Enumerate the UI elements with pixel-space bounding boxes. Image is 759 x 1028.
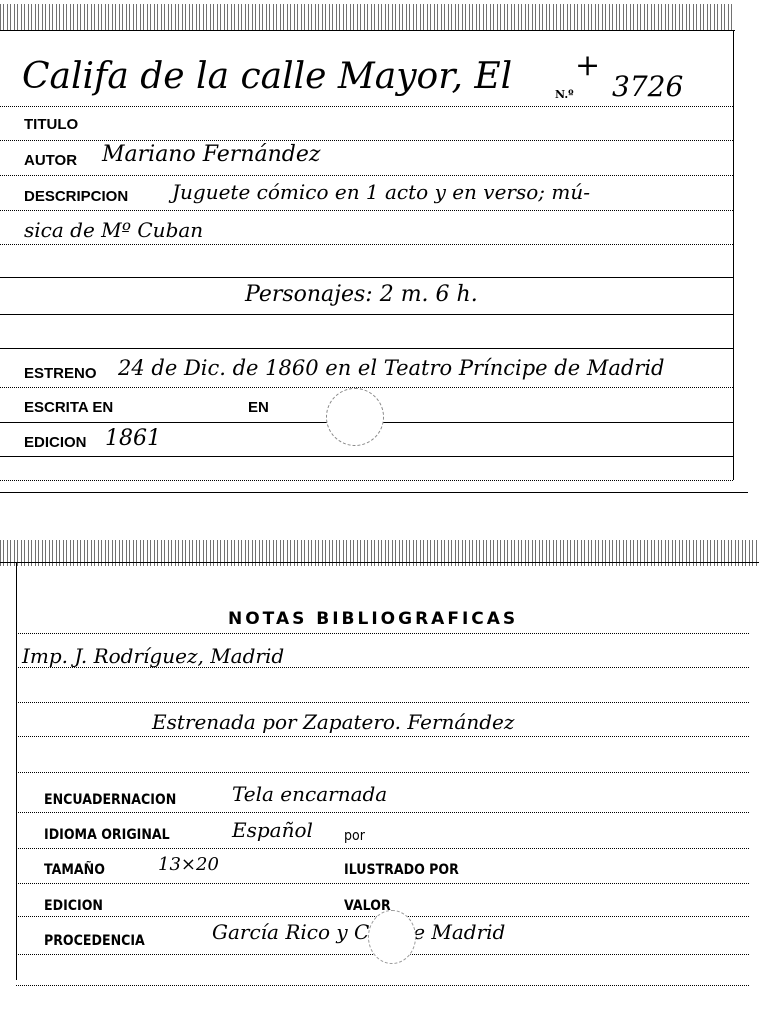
titulo-line	[0, 140, 733, 141]
encuadernacion-value: Tela encarnada	[232, 782, 387, 806]
note-1: Imp. J. Rodríguez, Madrid	[22, 644, 284, 668]
edicion-value: 1861	[105, 426, 161, 451]
estreno-line	[0, 387, 733, 388]
heading-line	[16, 633, 749, 634]
edicion-label: EDICION	[24, 434, 87, 451]
catalog-mark: +	[575, 48, 600, 83]
personajes-value: Personajes: 2 m. 6 h.	[245, 282, 478, 307]
note-blank-line-2	[16, 772, 749, 773]
card1-top-border	[0, 30, 735, 31]
autor-value: Mariano Fernández	[102, 142, 320, 167]
tamano-line	[16, 883, 749, 884]
blank-line-1	[0, 277, 733, 278]
catalog-number: 3726	[612, 70, 683, 103]
note-1-line	[16, 667, 749, 668]
encuadernacion-label: ENCUADERNACION	[44, 792, 176, 808]
idioma-original-label: IDIOMA ORIGINAL	[44, 827, 170, 843]
por-label: por	[344, 828, 365, 844]
escrita-en-label: ESCRITA EN	[24, 399, 113, 416]
card1-bottom-line	[0, 480, 733, 481]
punch-hole-mark	[326, 388, 384, 446]
punch-hole-mark-2	[368, 910, 416, 964]
note-blank-line	[16, 702, 749, 703]
scan-noise-top	[0, 4, 735, 30]
procedencia-value: García Rico y Cía. de Madrid	[212, 920, 505, 944]
idioma-line	[16, 848, 749, 849]
tamano-label: TAMAÑO	[44, 862, 105, 878]
autor-line	[0, 175, 733, 176]
personajes-line	[0, 314, 733, 315]
procedencia-label: PROCEDENCIA	[44, 933, 145, 949]
card2-bottom-line	[16, 985, 749, 986]
tamano-value: 13×20	[158, 854, 219, 875]
descripcion-line	[0, 210, 733, 211]
title-line	[0, 106, 733, 107]
title-value: Califa de la calle Mayor, El	[22, 56, 512, 97]
titulo-label: TITULO	[24, 116, 78, 133]
blank-line-2	[0, 348, 733, 349]
card2-top-border	[0, 562, 759, 563]
encuadernacion-line	[16, 812, 749, 813]
ilustrado-por-label: ILUSTRADO POR	[344, 862, 459, 878]
descripcion-line2: sica de Mº Cuban	[24, 218, 203, 242]
edicion-line	[0, 456, 733, 457]
note-2: Estrenada por Zapatero. Fernández	[152, 710, 514, 734]
note-2-line	[16, 736, 749, 737]
edicion2-label: EDICION	[44, 898, 103, 914]
descripcion-line2-rule	[0, 244, 733, 245]
card1-right-border	[733, 30, 734, 480]
descripcion-label: DESCRIPCION	[24, 188, 128, 205]
card1-bottom-border	[0, 492, 748, 493]
descripcion-line1: Juguete cómico en 1 acto y en verso; mú-	[172, 180, 590, 204]
estreno-label: ESTRENO	[24, 365, 97, 382]
notas-heading: NOTAS BIBLIOGRAFICAS	[228, 609, 518, 629]
catalog-prefix: N.º	[555, 88, 574, 101]
autor-label: AUTOR	[24, 152, 77, 169]
idioma-original-value: Español	[232, 818, 313, 842]
card2-left-border	[16, 562, 17, 980]
en-label: EN	[248, 399, 269, 416]
estreno-value: 24 de Dic. de 1860 en el Teatro Príncipe…	[118, 356, 664, 380]
